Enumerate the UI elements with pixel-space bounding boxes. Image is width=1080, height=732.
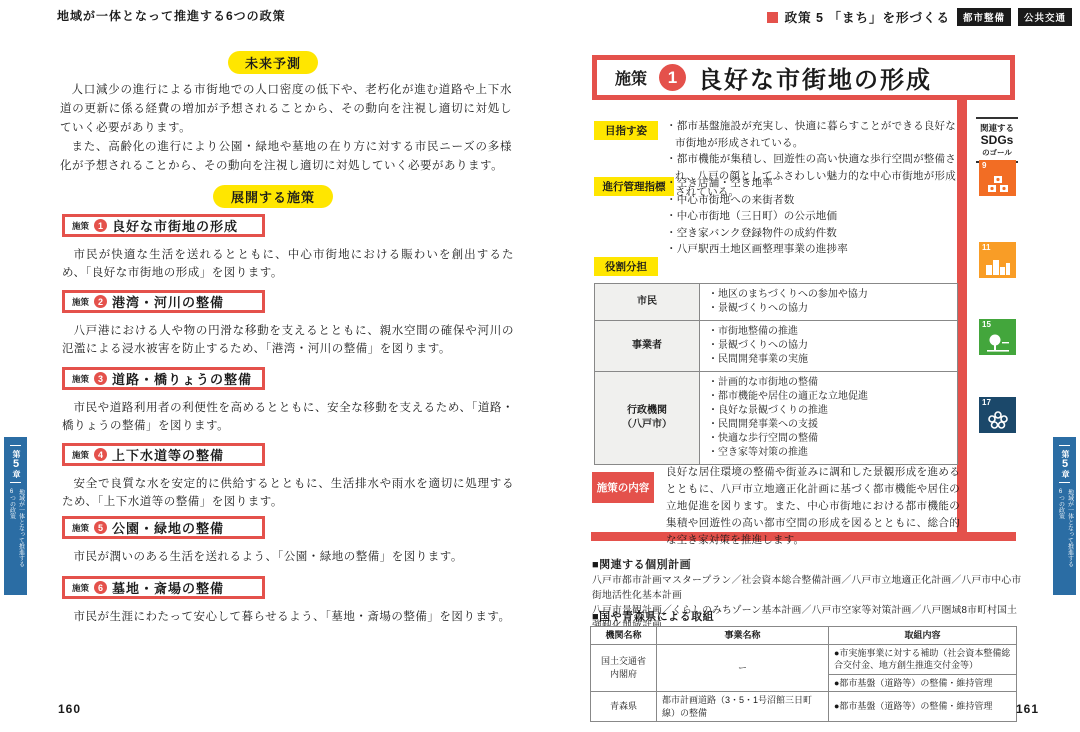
aim-label: 目指す姿 bbox=[594, 121, 658, 140]
chapter-tab-left: 第5章 地域が一体となって推進する 6つの政策 bbox=[4, 437, 27, 595]
role-items: ・地区のまちづくりへの参加や協力 ・景観づくりへの協力 bbox=[700, 284, 958, 321]
org-cell: 国土交通省 内閣府 bbox=[591, 644, 657, 692]
kpi-item: ・空き家バンク登録物件の成約件数 bbox=[666, 225, 956, 242]
measure-number-icon: 1 bbox=[659, 64, 686, 91]
policy-box-6: 施策 6 墓地・斎場の整備 bbox=[62, 576, 265, 599]
kpi-item: ・中心市街地への来街者数 bbox=[666, 192, 956, 209]
future-forecast-text: 人口減少の進行による市街地での人口密度の低下や、老朽化が進む道路や上下水道の更新… bbox=[60, 81, 512, 176]
kpi-list: ・空き店舗・空き地率 ・中心市街地への来街者数 ・中心市街地（三日町）の公示地価… bbox=[666, 175, 956, 258]
policy-title: 港湾・河川の整備 bbox=[112, 292, 224, 311]
role-item: ・空き家等対策の推進 bbox=[708, 446, 949, 460]
related-plans-list: 八戸市都市計画マスタープラン／社会資本総合整備計画／八戸市立地適正化計画／八戸市… bbox=[592, 573, 1022, 633]
related-plans-heading: ■関連する個別計画 bbox=[592, 556, 691, 572]
policy-title: 上下水道等の整備 bbox=[112, 445, 224, 464]
role-item: ・民間開発事業の実施 bbox=[708, 353, 949, 367]
category-badge-urban: 都市整備 bbox=[957, 8, 1011, 26]
role-item: ・良好な景観づくりの推進 bbox=[708, 404, 949, 418]
org-cell: 青森県 bbox=[591, 692, 657, 722]
measure-content-text: 良好な居住環境の整備や街並みに調和した景観形成を進めるとともに、八戸市立地適正化… bbox=[666, 464, 960, 549]
sdgs-label: 関連する SDGs のゴール bbox=[976, 117, 1018, 163]
policy-number-icon: 2 bbox=[94, 295, 107, 308]
efforts-table: 機関名称 事業名称 取組内容 国土交通省 内閣府 ー ●市実施事業に対する補助（… bbox=[590, 626, 1017, 722]
related-plans-line: 八戸市都市計画マスタープラン／社会資本総合整備計画／八戸市立地適正化計画／八戸市… bbox=[592, 573, 1022, 603]
policy-number-icon: 4 bbox=[94, 448, 107, 461]
policy-body-3: 市民や道路利用者の利便性を高めるとともに、安全な移動を支えるため、「道路・橋りょ… bbox=[62, 399, 514, 435]
document-spread: 地域が一体となって推進する6つの政策 未来予測 人口減少の進行による市街地での人… bbox=[0, 0, 1080, 732]
policy-tag: 施策 bbox=[72, 220, 89, 232]
sdg-goal-9-icon: 9 bbox=[979, 160, 1016, 196]
policy-title: 道路・橋りょうの整備 bbox=[112, 369, 252, 388]
policy-body-5: 市民が潤いのある生活を送れるよう、「公園・緑地の整備」を図ります。 bbox=[62, 548, 514, 566]
policy-box-4: 施策 4 上下水道等の整備 bbox=[62, 443, 265, 466]
table-row: 市民 ・地区のまちづくりへの参加や協力 ・景観づくりへの協力 bbox=[595, 284, 958, 321]
chapter-title: 地域が一体となって推進する 6つの政策 bbox=[7, 489, 25, 567]
policy-tag: 施策 bbox=[72, 582, 89, 594]
kpi-item: ・空き店舗・空き地率 bbox=[666, 175, 956, 192]
table-row: 青森県 都市計画道路（3・5・1号沼館三日町線）の整備 ●都市基盤（道路等）の整… bbox=[591, 692, 1017, 722]
role-actor: 市民 bbox=[595, 284, 700, 321]
policy-body-6: 市民が生涯にわたって安心して暮らせるよう、「墓地・斎場の整備」を図ります。 bbox=[62, 608, 514, 626]
category-badge-transit: 公共交通 bbox=[1018, 8, 1072, 26]
chapter-label: 第5章 bbox=[10, 445, 21, 483]
project-cell: ー bbox=[657, 644, 829, 692]
tree-icon bbox=[985, 333, 1011, 353]
action-cell: ●都市基盤（道路等）の整備・維持管理 bbox=[829, 692, 1017, 722]
role-item: ・計画的な市街地の整備 bbox=[708, 376, 949, 390]
project-cell: 都市計画道路（3・5・1号沼館三日町線）の整備 bbox=[657, 692, 829, 722]
policy-number-icon: 5 bbox=[94, 521, 107, 534]
role-items: ・市街地整備の推進 ・景観づくりへの協力 ・民間開発事業の実施 bbox=[700, 321, 958, 372]
city-icon bbox=[985, 258, 1011, 276]
kpi-item: ・八戸駅西土地区画整理事業の進捗率 bbox=[666, 241, 956, 258]
measure-title: 良好な市街地の形成 bbox=[698, 60, 932, 95]
chapter-tab-right: 第5章 地域が一体となって推進する 6つの政策 bbox=[1053, 437, 1076, 595]
action-cell: ●市実施事業に対する補助（社会資本整備総合交付金、地方創生推進交付金等） bbox=[829, 644, 1017, 674]
chapter-title: 地域が一体となって推進する 6つの政策 bbox=[1056, 489, 1074, 567]
sdgs-label-line: のゴール bbox=[976, 147, 1018, 158]
policy-body-1: 市民が快適な生活を送れるとともに、中心市街地における賑わいを創出するため、「良好… bbox=[62, 246, 514, 282]
policy-number-icon: 6 bbox=[94, 581, 107, 594]
sdgs-label-line: SDGs bbox=[976, 134, 1018, 147]
role-item: ・快適な歩行空間の整備 bbox=[708, 432, 949, 446]
policy-title: 良好な市街地の形成 bbox=[112, 216, 238, 235]
role-item: ・景観づくりへの協力 bbox=[708, 302, 949, 316]
kpi-label: 進行管理指標 bbox=[594, 177, 674, 196]
role-item: ・民間開発事業への支援 bbox=[708, 418, 949, 432]
roles-label: 役割分担 bbox=[594, 257, 658, 276]
role-item: ・地区のまちづくりへの参加や協力 bbox=[708, 288, 949, 302]
measure-tag: 施策 bbox=[615, 66, 647, 89]
policy-tag: 施策 bbox=[72, 373, 89, 385]
policy-box-2: 施策 2 港湾・河川の整備 bbox=[62, 290, 265, 313]
paragraph: 人口減少の進行による市街地での人口密度の低下や、老朽化が進む道路や上下水道の更新… bbox=[60, 81, 512, 138]
sdg-goal-11-icon: 11 bbox=[979, 242, 1016, 278]
column-header: 取組内容 bbox=[829, 627, 1017, 645]
roles-table: 市民 ・地区のまちづくりへの参加や協力 ・景観づくりへの協力 事業者 ・市街地整… bbox=[594, 283, 958, 465]
table-row: 行政機関 （八戸市） ・計画的な市街地の整備 ・都市機能や居住の適正な立地促進 … bbox=[595, 372, 958, 465]
red-square-icon bbox=[767, 12, 778, 23]
page-number-right: 161 bbox=[1016, 702, 1039, 716]
kpi-item: ・中心市街地（三日町）の公示地価 bbox=[666, 208, 956, 225]
measure-title-box: 施策 1 良好な市街地の形成 bbox=[592, 55, 1015, 100]
action-cell: ●都市基盤（道路等）の整備・維持管理 bbox=[829, 674, 1017, 692]
role-actor: 行政機関 （八戸市） bbox=[595, 372, 700, 465]
sdg-goal-17-icon: 17 bbox=[979, 397, 1016, 433]
table-row: 事業者 ・市街地整備の推進 ・景観づくりへの協力 ・民間開発事業の実施 bbox=[595, 321, 958, 372]
future-forecast-badge: 未来予測 bbox=[228, 51, 318, 74]
policy-tag: 施策 bbox=[72, 522, 89, 534]
partnership-rings-icon bbox=[986, 409, 1010, 431]
measure-content-label: 施策の内容 bbox=[592, 472, 654, 503]
column-header: 事業名称 bbox=[657, 627, 829, 645]
right-page-header: 政策 5 「まち」を形づくる 都市整備 公共交通 bbox=[767, 8, 1072, 26]
efforts-heading: ■国や青森県による取組 bbox=[592, 608, 714, 624]
sdg-goal-15-icon: 15 bbox=[979, 319, 1016, 355]
policy-header-title: 政策 5 「まち」を形づくる bbox=[785, 8, 950, 26]
policy-tag: 施策 bbox=[72, 296, 89, 308]
policy-box-5: 施策 5 公園・緑地の整備 bbox=[62, 516, 265, 539]
role-item: ・都市機能や居住の適正な立地促進 bbox=[708, 390, 949, 404]
table-header-row: 機関名称 事業名称 取組内容 bbox=[591, 627, 1017, 645]
policy-number-icon: 1 bbox=[94, 219, 107, 232]
policy-title: 墓地・斎場の整備 bbox=[112, 578, 224, 597]
policy-box-1: 施策 1 良好な市街地の形成 bbox=[62, 214, 265, 237]
policy-body-2: 八戸港における人や物の円滑な移動を支えるとともに、親水空間の確保や河川の氾濫によ… bbox=[62, 322, 514, 358]
chapter-label: 第5章 bbox=[1059, 445, 1070, 483]
policy-body-4: 安全で良質な水を安定的に供給するとともに、生活排水や雨水を適切に処理するため、「… bbox=[62, 475, 514, 511]
page-number-left: 160 bbox=[58, 702, 81, 716]
industry-icon bbox=[986, 174, 1010, 194]
policy-box-3: 施策 3 道路・橋りょうの整備 bbox=[62, 367, 265, 390]
role-item: ・景観づくりへの協力 bbox=[708, 339, 949, 353]
table-row: 国土交通省 内閣府 ー ●市実施事業に対する補助（社会資本整備総合交付金、地方創… bbox=[591, 644, 1017, 674]
aim-item: ・都市基盤施設が充実し、快適に暮らすことができる良好な市街地が形成されている。 bbox=[666, 118, 956, 151]
policy-number-icon: 3 bbox=[94, 372, 107, 385]
policy-tag: 施策 bbox=[72, 449, 89, 461]
role-items: ・計画的な市街地の整備 ・都市機能や居住の適正な立地促進 ・良好な景観づくりの推… bbox=[700, 372, 958, 465]
paragraph: また、高齢化の進行により公園・緑地や墓地の在り方に対する市民ニーズの多様化が予想… bbox=[60, 138, 512, 176]
role-actor: 事業者 bbox=[595, 321, 700, 372]
developing-measures-badge: 展開する施策 bbox=[213, 185, 333, 208]
column-header: 機関名称 bbox=[591, 627, 657, 645]
role-item: ・市街地整備の推進 bbox=[708, 325, 949, 339]
policy-title: 公園・緑地の整備 bbox=[112, 518, 224, 537]
left-page-header: 地域が一体となって推進する6つの政策 bbox=[57, 7, 286, 24]
